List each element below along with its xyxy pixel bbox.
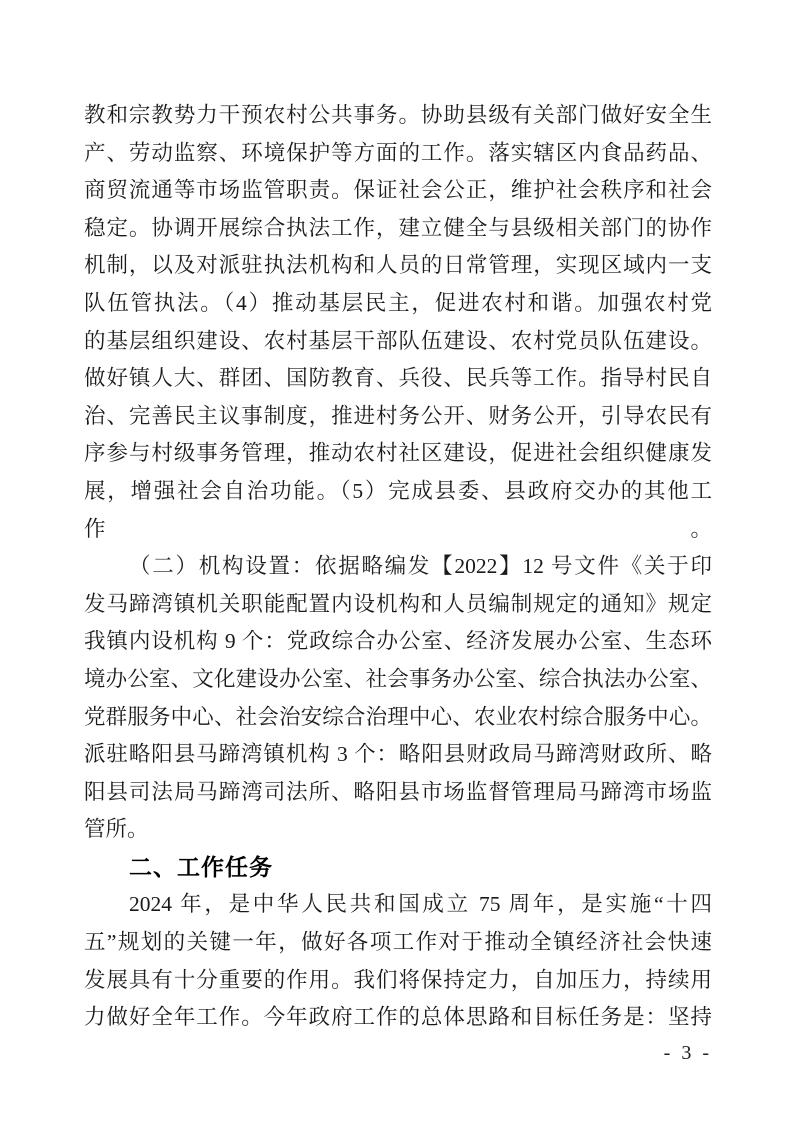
text-line: 阳县司法局马蹄湾司法所、略阳县市场监督管理局马蹄湾市场监 — [84, 774, 712, 812]
section-heading-work-tasks: 二、工作任务 — [84, 849, 712, 887]
text-line: 教和宗教势力干预农村公共事务。协助县级有关部门做好安全生 — [84, 97, 712, 135]
text-line: （二）机构设置：依据略编发【2022】12 号文件《关于印 — [84, 548, 712, 586]
paragraph-duties-continued: 教和宗教势力干预农村公共事务。协助县级有关部门做好安全生产、劳动监察、环境保护等… — [84, 97, 712, 548]
document-body: 教和宗教势力干预农村公共事务。协助县级有关部门做好安全生产、劳动监察、环境保护等… — [84, 97, 712, 1037]
text-line: 作。 — [84, 511, 712, 549]
text-line: 管所。 — [84, 811, 712, 849]
paragraph-2024-overview: 2024 年，是中华人民共和国成立 75 周年，是实施“十四五”规划的关键一年，… — [84, 886, 712, 1036]
text-line: 机制，以及对派驻执法机构和人员的日常管理，实现区域内一支 — [84, 247, 712, 285]
text-line: 展，增强社会自治功能。（5）完成县委、县政府交办的其他工 — [84, 473, 712, 511]
text-line: 力做好全年工作。今年政府工作的总体思路和目标任务是：坚持 — [84, 999, 712, 1037]
text-line: 发马蹄湾镇机关职能配置内设机构和人员编制规定的通知》规定 — [84, 586, 712, 624]
document-page: 教和宗教势力干预农村公共事务。协助县级有关部门做好安全生产、劳动监察、环境保护等… — [0, 0, 793, 1122]
page-number: - 3 - — [664, 1042, 712, 1065]
text-line: 派驻略阳县马蹄湾镇机构 3 个：略阳县财政局马蹄湾财政所、略 — [84, 736, 712, 774]
text-line: 的基层组织建设、农村基层干部队伍建设、农村党员队伍建设。 — [84, 323, 712, 361]
text-line: 做好镇人大、群团、国防教育、兵役、民兵等工作。指导村民自 — [84, 360, 712, 398]
text-line: 商贸流通等市场监管职责。保证社会公正，维护社会秩序和社会 — [84, 172, 712, 210]
paragraph-org-structure: （二）机构设置：依据略编发【2022】12 号文件《关于印发马蹄湾镇机关职能配置… — [84, 548, 712, 849]
text-line: 产、劳动监察、环境保护等方面的工作。落实辖区内食品药品、 — [84, 135, 712, 173]
text-line: 发展具有十分重要的作用。我们将保持定力，自加压力，持续用 — [84, 962, 712, 1000]
text-line: 序参与村级事务管理，推动农村社区建设，促进社会组织健康发 — [84, 435, 712, 473]
text-line: 我镇内设机构 9 个：党政综合办公室、经济发展办公室、生态环 — [84, 623, 712, 661]
text-line: 稳定。协调开展综合执法工作，建立健全与县级相关部门的协作 — [84, 210, 712, 248]
text-line: 队伍管执法。（4）推动基层民主，促进农村和谐。加强农村党 — [84, 285, 712, 323]
text-line: 党群服务中心、社会治安综合治理中心、农业农村综合服务中心。 — [84, 699, 712, 737]
text-line: 境办公室、文化建设办公室、社会事务办公室、综合执法办公室、 — [84, 661, 712, 699]
text-line: 2024 年，是中华人民共和国成立 75 周年，是实施“十四 — [84, 886, 712, 924]
text-line: 五”规划的关键一年，做好各项工作对于推动全镇经济社会快速 — [84, 924, 712, 962]
text-line: 治、完善民主议事制度，推进村务公开、财务公开，引导农民有 — [84, 398, 712, 436]
